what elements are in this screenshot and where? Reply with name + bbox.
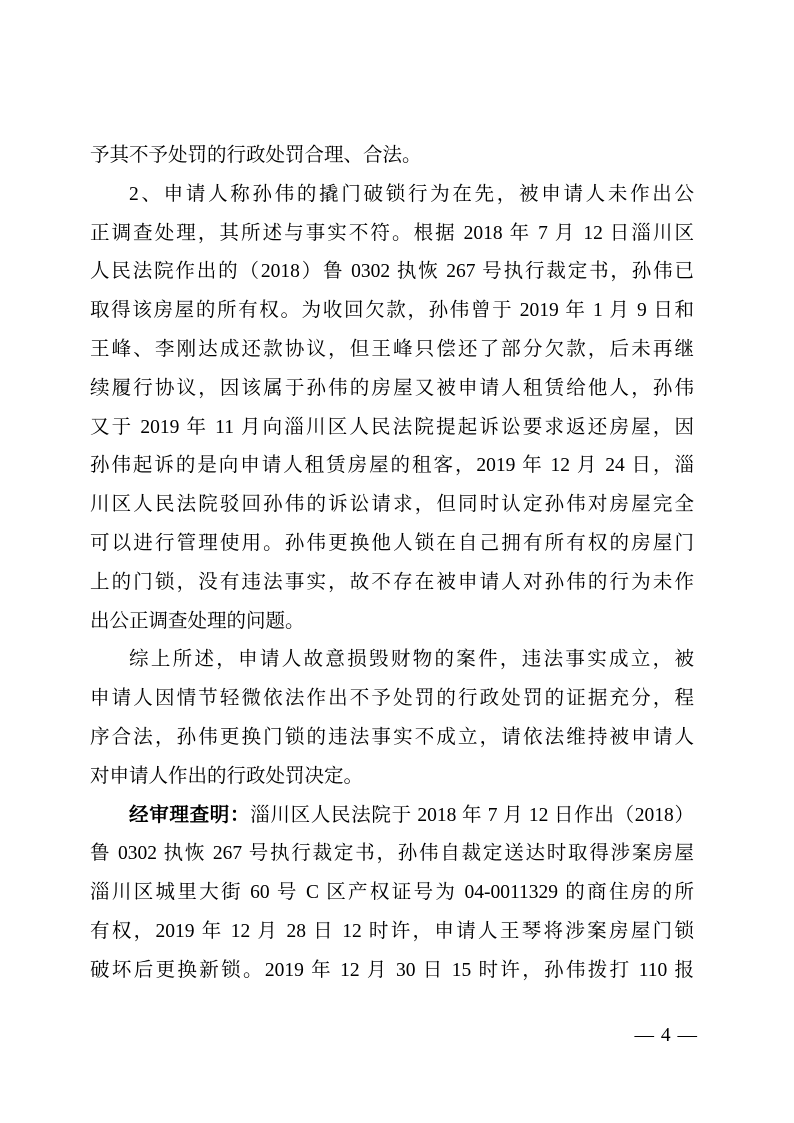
text-line: 破坏后更换新锁。2019 年 12 月 30 日 15 时许，孙伟拨打 110 …	[90, 952, 694, 991]
text-line: 可以进行管理使用。孙伟更换他人锁在自己拥有所有权的房屋门	[90, 525, 694, 564]
document-page: 予其不予处罚的行政处罚合理、合法。 2、申请人称孙伟的撬门破锁行为在先，被申请人…	[0, 0, 794, 1123]
text-line: 综上所述，申请人故意损毁财物的案件，违法事实成立，被	[90, 641, 694, 680]
text-line: 孙伟起诉的是向申请人租赁房屋的租客，2019 年 12 月 24 日，淄	[90, 447, 694, 486]
page-number: — 4 —	[635, 1024, 699, 1048]
text-line: 予其不予处罚的行政处罚合理、合法。	[90, 137, 694, 176]
text-line: 序合法，孙伟更换门锁的违法事实不成立，请依法维持被申请人	[90, 719, 694, 758]
text-line: 2、申请人称孙伟的撬门破锁行为在先，被申请人未作出公	[90, 176, 694, 215]
text-line: 有权，2019 年 12 月 28 日 12 时许，申请人王琴将涉案房屋门锁	[90, 913, 694, 952]
text-line: 出公正调查处理的问题。	[90, 603, 694, 642]
text-line: 鲁 0302 执恢 267 号执行裁定书，孙伟自裁定送达时取得涉案房屋	[90, 835, 694, 874]
section-heading-inline: 经审理查明：	[129, 805, 250, 826]
text-line: 取得该房屋的所有权。为收回欠款，孙伟曾于 2019 年 1 月 9 日和	[90, 292, 694, 331]
text-line: 申请人因情节轻微依法作出不予处罚的行政处罚的证据充分，程	[90, 680, 694, 719]
text-line: 又于 2019 年 11 月向淄川区人民法院提起诉讼要求返还房屋，因	[90, 409, 694, 448]
document-body: 予其不予处罚的行政处罚合理、合法。 2、申请人称孙伟的撬门破锁行为在先，被申请人…	[90, 137, 694, 991]
text-line: 王峰、李刚达成还款协议，但王峰只偿还了部分欠款，后未再继	[90, 331, 694, 370]
text-line: 经审理查明：淄川区人民法院于 2018 年 7 月 12 日作出（2018）	[90, 797, 694, 836]
text-line: 上的门锁，没有违法事实，故不存在被申请人对孙伟的行为未作	[90, 564, 694, 603]
text-line-rest: 淄川区人民法院于 2018 年 7 月 12 日作出（2018）	[250, 805, 694, 826]
text-line: 对申请人作出的行政处罚决定。	[90, 758, 694, 797]
text-line: 淄川区城里大街 60 号 C 区产权证号为 04-0011329 的商住房的所	[90, 874, 694, 913]
text-line: 续履行协议，因该属于孙伟的房屋又被申请人租赁给他人，孙伟	[90, 370, 694, 409]
text-line: 正调查处理，其所述与事实不符。根据 2018 年 7 月 12 日淄川区	[90, 215, 694, 254]
text-line: 川区人民法院驳回孙伟的诉讼请求，但同时认定孙伟对房屋完全	[90, 486, 694, 525]
text-line: 人民法院作出的（2018）鲁 0302 执恢 267 号执行裁定书，孙伟已	[90, 253, 694, 292]
